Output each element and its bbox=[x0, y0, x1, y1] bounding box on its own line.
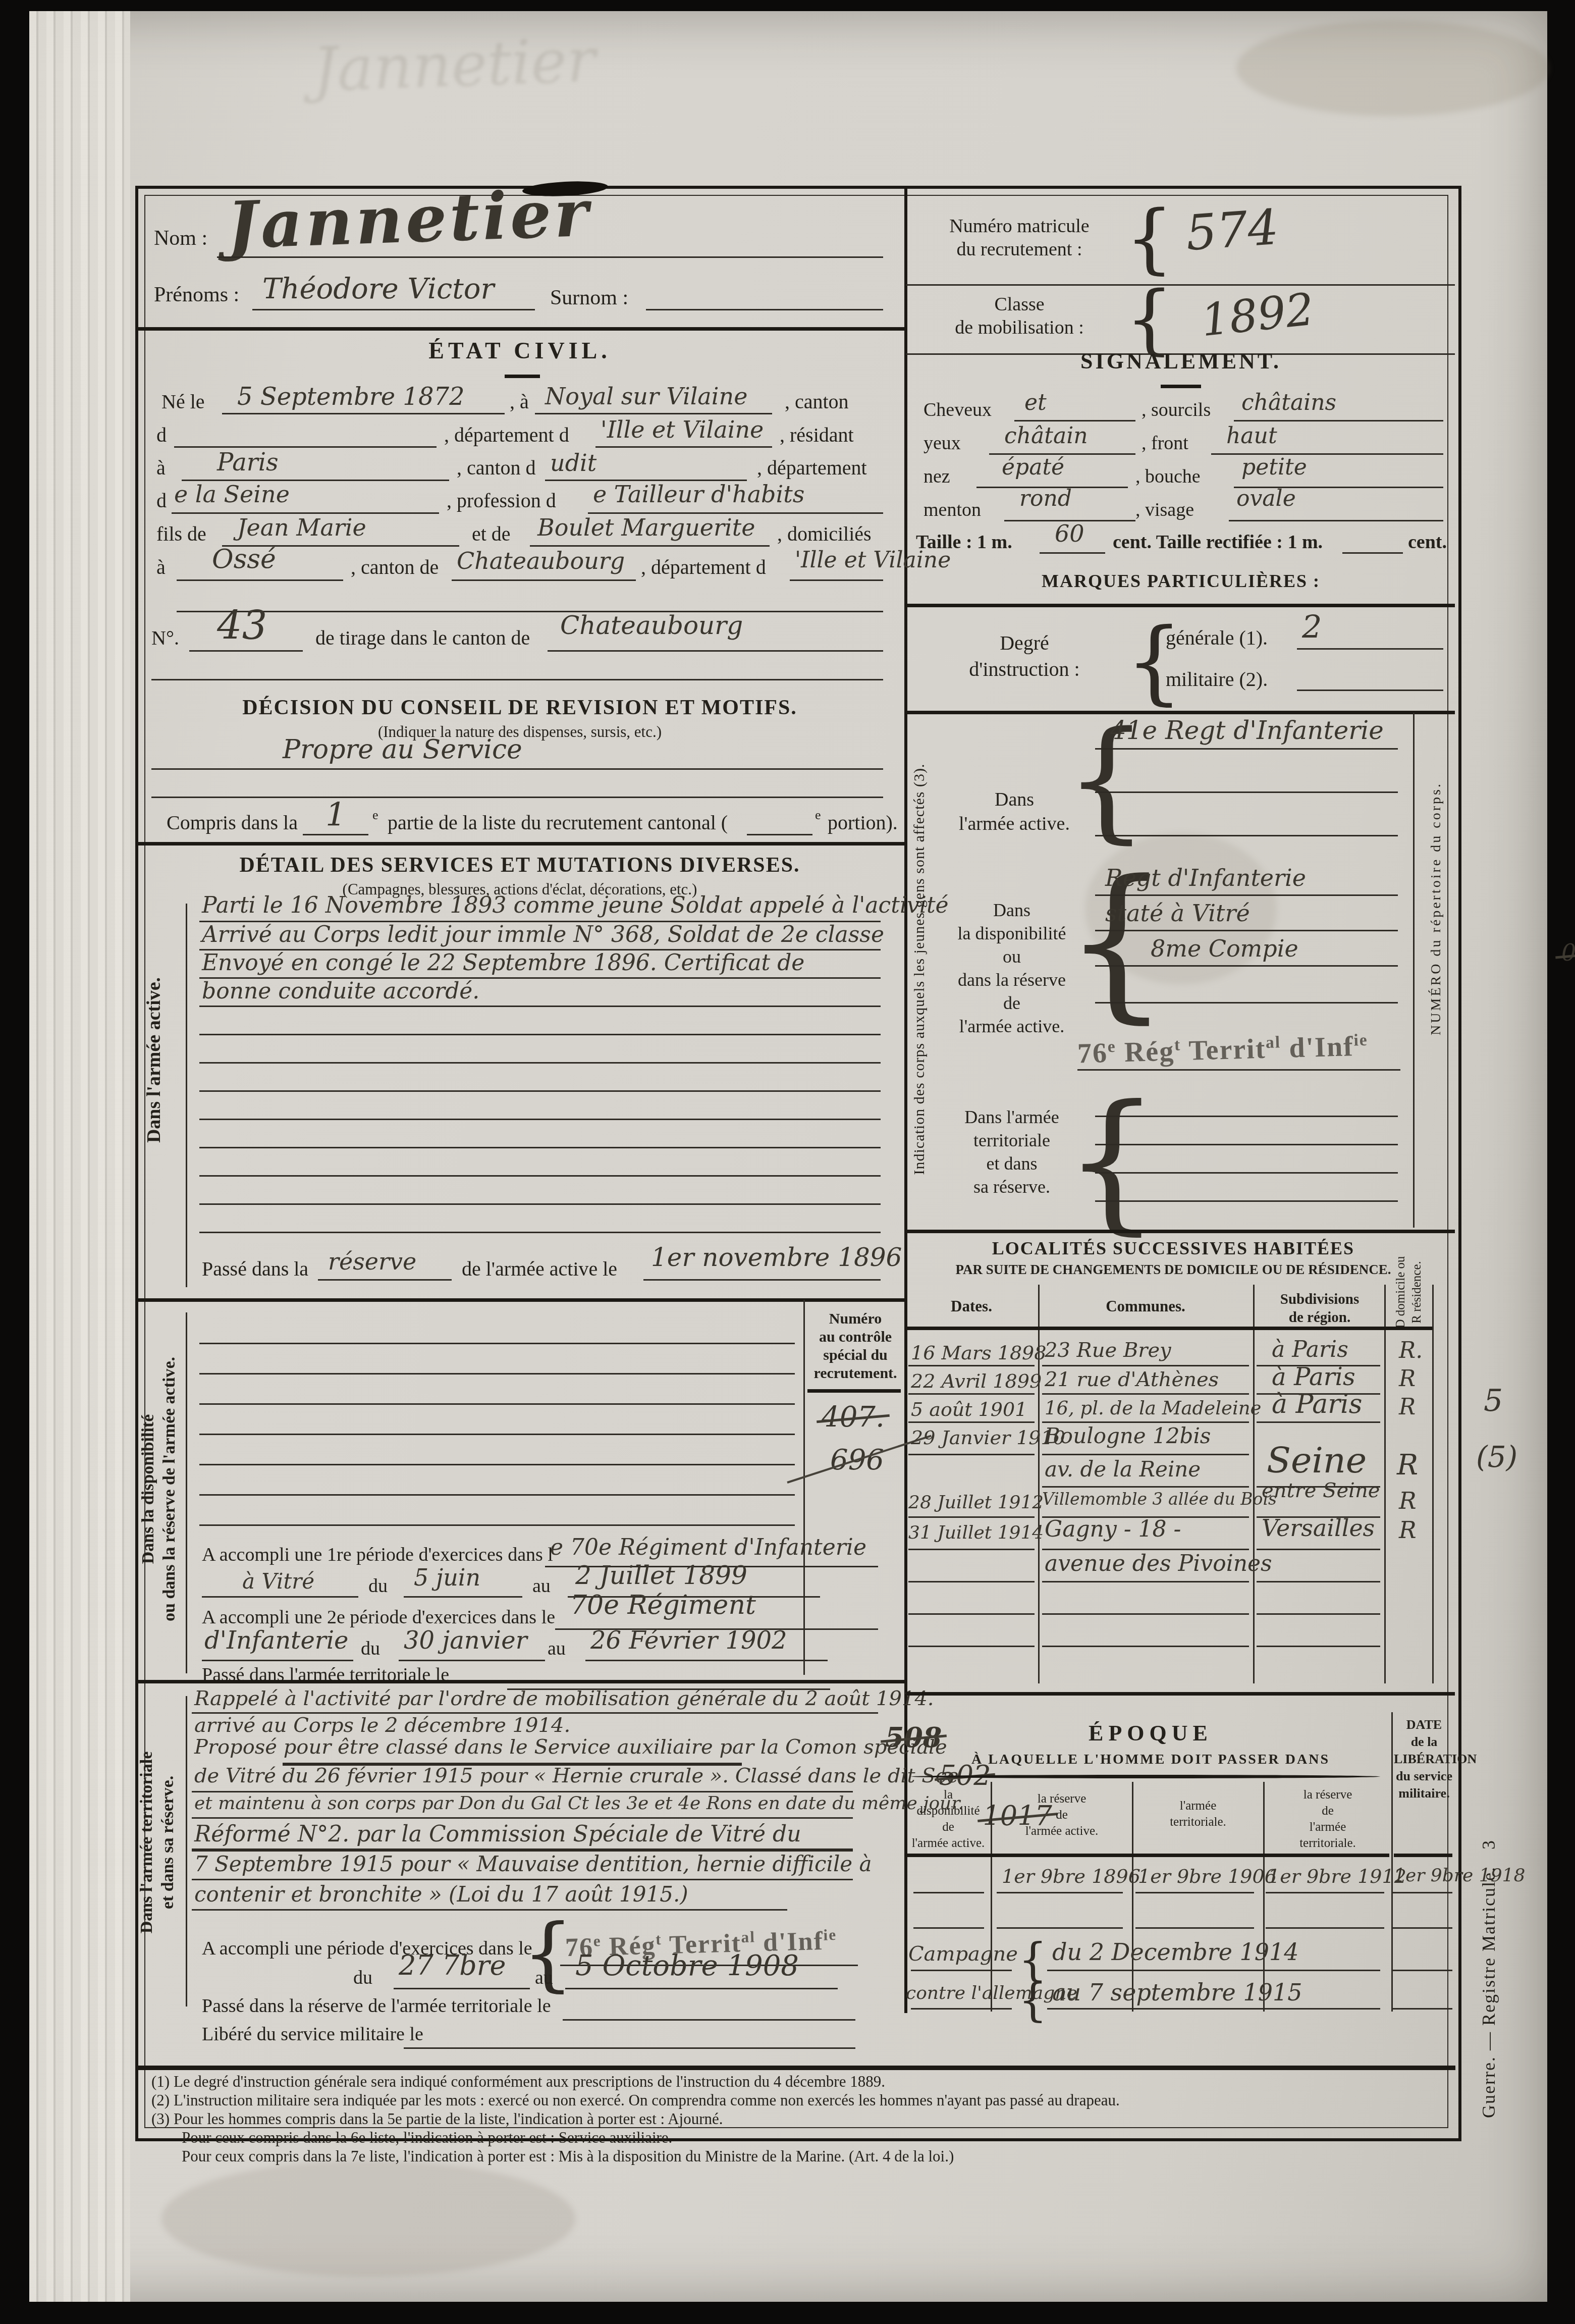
line bbox=[1047, 2008, 1380, 2010]
line bbox=[595, 446, 772, 448]
loc-dr-6: R bbox=[1399, 1516, 1417, 1544]
matricule-divider bbox=[906, 284, 1455, 286]
loc-commune-2: 16, pl. de la Madeleine bbox=[1045, 1397, 1261, 1419]
right-divider bbox=[906, 604, 1455, 607]
classe-label-1: Classe bbox=[924, 293, 1115, 316]
line bbox=[1229, 520, 1443, 521]
residant-label: , résidant bbox=[780, 423, 854, 447]
classe-label: Classe de mobilisation : bbox=[924, 293, 1115, 339]
controle-header: Numéro au contrôle spécial du recrutemen… bbox=[807, 1310, 903, 1383]
right-divider bbox=[906, 1692, 1455, 1696]
epoque-col4-header: la réserve de l'armée territoriale. bbox=[1266, 1787, 1390, 1852]
passe-reserve-label-1: Passé dans la bbox=[202, 1257, 308, 1281]
stamp-part: ie bbox=[823, 1926, 837, 1944]
stamp-part: e bbox=[1107, 1037, 1116, 1056]
periode1-label: A accompli une 1re période d'exercices d… bbox=[202, 1544, 553, 1566]
margin-note-5: 5 bbox=[1484, 1383, 1503, 1418]
birth-place-value: Noyal sur Vilaine bbox=[545, 383, 747, 410]
departement-label: , département d bbox=[444, 423, 569, 447]
line bbox=[565, 1988, 838, 1989]
loc-subdiv-2: à Paris bbox=[1272, 1389, 1362, 1419]
line bbox=[908, 1365, 1035, 1366]
terr-hw-4: de Vitré du 26 février 1915 pour « Herni… bbox=[194, 1764, 959, 1787]
instruction-generale-label: générale (1). bbox=[1166, 626, 1268, 650]
blank-line bbox=[1393, 1927, 1452, 1929]
epoque-value-territoriale: 1er 9bre 1906 bbox=[1138, 1865, 1277, 1887]
services-line-3: Envoyé en congé le 22 Septembre 1896. Ce… bbox=[202, 950, 804, 976]
terr-crossed-1: 508 bbox=[885, 1721, 942, 1754]
instruction-militaire-label: militaire (2). bbox=[1166, 667, 1268, 691]
corps-terr-brace: { bbox=[1064, 1085, 1160, 1237]
tirage-canton-value: Chateaubourg bbox=[560, 611, 743, 640]
loc-date-1: 22 Avril 1899 bbox=[911, 1370, 1042, 1392]
canton-label: , canton bbox=[785, 390, 849, 413]
section-divider bbox=[138, 1298, 904, 1302]
menton-value: rond bbox=[1019, 486, 1072, 511]
line bbox=[202, 1596, 358, 1598]
terr-hw-6: Réformé N°2. par la Commission Spéciale … bbox=[194, 1821, 801, 1847]
guerre-num: 3 bbox=[1479, 1839, 1499, 1850]
line bbox=[192, 1791, 853, 1792]
instruction-label: Degré d'instruction : bbox=[934, 630, 1115, 682]
line bbox=[1077, 1069, 1400, 1071]
stamp-part: t bbox=[656, 1930, 662, 1948]
line bbox=[1135, 1892, 1254, 1893]
blank-line bbox=[199, 1524, 795, 1526]
prenoms-label: Prénoms : bbox=[154, 283, 239, 307]
departement-value: 'Ille et Vilaine bbox=[601, 416, 764, 443]
stamp-part: Territ bbox=[1188, 1033, 1267, 1067]
loc-dr-5: R bbox=[1399, 1487, 1417, 1514]
corps-dispo-value-3: 8me Compie bbox=[1151, 935, 1298, 962]
epoque-title: ÉPOQUE bbox=[959, 1720, 1342, 1746]
residence-value: Paris bbox=[217, 448, 279, 477]
matricule-value: 574 bbox=[1184, 199, 1280, 262]
domicile-dept-label: , département d bbox=[641, 555, 766, 579]
footnote-rule bbox=[138, 2066, 1455, 2070]
periode1-regiment: e 70e Régiment d'Infanterie bbox=[550, 1535, 866, 1560]
epoque-col-rule-2 bbox=[1132, 1782, 1133, 2012]
signalement-dash bbox=[1161, 385, 1201, 388]
line bbox=[535, 413, 772, 414]
blank-line bbox=[199, 1147, 881, 1148]
line bbox=[908, 1421, 1035, 1423]
controle-header-rule bbox=[807, 1389, 901, 1393]
localites-title: LOCALITÉS SUCCESSIVES HABITÉES bbox=[934, 1238, 1413, 1259]
terr-hw-8: contenir et bronchite » (Loi du 17 août … bbox=[194, 1882, 688, 1907]
blank-line bbox=[199, 1175, 881, 1177]
loc-date-6: 31 Juillet 1914 bbox=[908, 1522, 1044, 1543]
line bbox=[151, 768, 883, 770]
margin-note-5p: (5) bbox=[1476, 1440, 1517, 1474]
campagne-label-2: contre l'allemagne bbox=[906, 1983, 1077, 2003]
classe-label-2: de mobilisation : bbox=[924, 316, 1115, 339]
periode2-date-debut: 30 janvier bbox=[404, 1626, 527, 1655]
blank-line bbox=[151, 797, 883, 798]
blank-line bbox=[1257, 1613, 1380, 1615]
nom-label: Nom : bbox=[154, 226, 207, 250]
domicile-a-label: à bbox=[156, 555, 166, 579]
line bbox=[192, 1909, 787, 1911]
blank-line bbox=[1257, 1646, 1380, 1647]
birth-date-value: 5 Septembre 1872 bbox=[237, 383, 465, 411]
line bbox=[997, 1892, 1123, 1893]
localites-subtitle: PAR SUITE DE CHANGEMENTS DE DOMICILE OU … bbox=[934, 1262, 1413, 1278]
blank-line bbox=[1257, 1581, 1380, 1582]
footnote-4: Pour ceux compris dans la 6e liste, l'in… bbox=[182, 2129, 1443, 2147]
loc-subdiv-0: à Paris bbox=[1272, 1337, 1348, 1362]
nom-value: Jannetier bbox=[226, 175, 592, 263]
localites-header-rule bbox=[907, 1327, 1432, 1330]
stamp-part: Rég bbox=[1124, 1036, 1175, 1069]
fils-de-label: fils de bbox=[156, 522, 206, 546]
nez-value: épaté bbox=[1002, 454, 1064, 480]
line bbox=[177, 579, 343, 581]
line bbox=[747, 834, 812, 835]
loc-commune-1: 21 rue d'Athènes bbox=[1045, 1368, 1219, 1391]
corps-dispo-crossed: 01883 bbox=[1561, 939, 1575, 966]
localites-col-rule-3 bbox=[1384, 1285, 1386, 1683]
guerre-text: Guerre. — Registre Matricule. bbox=[1479, 1866, 1499, 2118]
line bbox=[202, 1660, 353, 1661]
line bbox=[1393, 1892, 1452, 1893]
stamp-part: ie bbox=[1353, 1031, 1368, 1050]
et-de-label: et de bbox=[472, 522, 511, 546]
section-divider bbox=[138, 842, 904, 846]
localites-col-subdiv: Subdivisions de région. bbox=[1257, 1290, 1383, 1327]
terr-du-value: 27 7bre bbox=[399, 1949, 506, 1981]
domicile-canton-label: , canton de bbox=[351, 555, 439, 579]
loc-subdiv-5: entre Seine bbox=[1262, 1479, 1380, 1502]
line bbox=[222, 413, 505, 414]
departement-residence-value: e la Seine bbox=[174, 481, 290, 508]
header-bottom-line bbox=[138, 327, 904, 331]
ne-le-label: Né le bbox=[161, 390, 205, 413]
blank-line bbox=[1135, 1927, 1254, 1929]
compris-value: 1 bbox=[325, 797, 346, 834]
domicile-canton-value: Chateaubourg bbox=[457, 547, 625, 574]
passe-reserve-terr: Passé dans la réserve de l'armée territo… bbox=[202, 1995, 551, 2017]
campagne-value-2: au 7 septembre 1915 bbox=[1052, 1979, 1302, 2006]
loc-dr-4: R bbox=[1397, 1449, 1418, 1482]
blank-line bbox=[199, 1062, 881, 1064]
line bbox=[404, 2047, 855, 2049]
sourcils-value: châtains bbox=[1241, 390, 1336, 415]
epoque-date-header-rule bbox=[1394, 1854, 1452, 1857]
blank-line bbox=[1042, 1613, 1249, 1615]
localites-col-rule-4 bbox=[1432, 1285, 1434, 1683]
terr-hw-1: Rappelé à l'activité par l'ordre de mobi… bbox=[194, 1687, 934, 1710]
blank-line bbox=[199, 1232, 881, 1233]
compris-label-2: partie de la liste du recrutement canton… bbox=[388, 811, 728, 834]
right-divider bbox=[906, 1230, 1455, 1233]
blank-line bbox=[199, 1203, 881, 1205]
blank-line bbox=[1393, 2008, 1452, 2010]
profession-value: e Tailleur d'habits bbox=[593, 481, 804, 508]
loc-dr-2: R bbox=[1399, 1394, 1416, 1420]
line bbox=[908, 1393, 1035, 1395]
prenoms-line bbox=[252, 309, 535, 310]
periode2-du: du bbox=[361, 1638, 380, 1660]
line bbox=[1095, 930, 1398, 931]
matricule-brace: { bbox=[1125, 201, 1173, 277]
signalement-title: SIGNALEMENT. bbox=[959, 348, 1403, 374]
corps-active-value: 41e Regt d'Infanterie bbox=[1110, 716, 1384, 745]
etat-civil-title: ÉTAT CIVIL. bbox=[303, 337, 737, 364]
blank-line bbox=[911, 1970, 1012, 1971]
loc-commune-3: Boulogne 12bis bbox=[1045, 1423, 1211, 1448]
terr-du-label: du bbox=[353, 1967, 372, 1989]
epoque-col-rule-1 bbox=[991, 1782, 992, 2012]
blank-line bbox=[1095, 835, 1398, 836]
services-line-2: Arrivé au Corps ledit jour immle N° 368,… bbox=[202, 922, 884, 947]
blank-line bbox=[199, 1343, 795, 1344]
margin-rule bbox=[186, 1312, 187, 1673]
line bbox=[643, 1279, 881, 1281]
line bbox=[192, 1817, 853, 1819]
canton2-label: , canton d bbox=[457, 456, 536, 480]
classe-brace: { bbox=[1125, 282, 1173, 357]
right-divider bbox=[906, 711, 1455, 714]
blank-line bbox=[199, 1373, 795, 1375]
line bbox=[908, 1454, 1035, 1455]
epoque-col1-header: la disponibilité de l'armée active. bbox=[907, 1787, 989, 1852]
epoque-col-rule-3 bbox=[1263, 1782, 1265, 2012]
matricule-label: Numéro matricule du recrutement : bbox=[924, 215, 1115, 261]
blank-line bbox=[199, 1403, 795, 1405]
stain bbox=[1236, 20, 1549, 116]
epoque-col3-header: l'armée territoriale. bbox=[1134, 1798, 1262, 1830]
terr-hw-3: Proposé pour être classé dans le Service… bbox=[194, 1735, 947, 1759]
line bbox=[1042, 1365, 1249, 1366]
blank-line bbox=[199, 1119, 881, 1120]
passe-reserve-value-1: réserve bbox=[328, 1248, 416, 1275]
domicilies-label: , domiciliés bbox=[777, 522, 872, 546]
loc-date-2: 5 août 1901 bbox=[911, 1398, 1027, 1420]
d-label: d bbox=[156, 423, 167, 447]
line bbox=[1095, 965, 1398, 967]
instruction-label-1: Degré bbox=[934, 630, 1115, 656]
stamp-part: al bbox=[1266, 1033, 1281, 1052]
epoque-col2-header: la réserve de l'armée active. bbox=[993, 1791, 1130, 1839]
ink-bleed-ghost: Jannetier bbox=[312, 25, 597, 105]
line bbox=[404, 1596, 522, 1598]
line bbox=[318, 1279, 452, 1281]
line bbox=[1297, 648, 1443, 650]
epoque-col-rule-4 bbox=[1391, 1712, 1393, 2012]
blank-line bbox=[1266, 1927, 1384, 1929]
epoque-accolade bbox=[911, 1775, 1380, 1778]
epoque-date-header: DATE de la LIBÉRATION du service militai… bbox=[1394, 1716, 1454, 1802]
father-name: Jean Marie bbox=[237, 514, 366, 541]
epoque-value-liberation: 1er 9bre 1918 bbox=[1394, 1865, 1525, 1886]
footnote-5: Pour ceux compris dans la 7e liste, l'in… bbox=[182, 2147, 1443, 2165]
margin-label-armee-active: Dans l'armée active. bbox=[143, 977, 165, 1143]
departement2-label: , département bbox=[757, 456, 867, 480]
blank-line bbox=[1095, 1002, 1398, 1003]
taille-cent-label: cent. bbox=[1408, 531, 1447, 553]
blank-line bbox=[997, 1927, 1123, 1929]
margin-label-disponibilite: Dans la disponibilité ou dans la réserve… bbox=[138, 1312, 180, 1666]
matricule-label-2: du recrutement : bbox=[924, 238, 1115, 261]
periode1-au: au bbox=[532, 1575, 551, 1597]
margin-rule bbox=[186, 904, 187, 1287]
periode1-du: du bbox=[368, 1575, 388, 1597]
blank-line bbox=[913, 1927, 984, 1929]
line bbox=[394, 1988, 530, 1989]
blank-line bbox=[911, 2008, 1012, 2010]
blank-line bbox=[908, 1646, 1035, 1647]
stamp-part: 76 bbox=[1077, 1037, 1108, 1070]
bouche-label: , bouche bbox=[1135, 465, 1201, 488]
corps-numero-col-rule bbox=[1413, 713, 1415, 1228]
localites-col-rule-2 bbox=[1253, 1285, 1255, 1683]
loc-date-5: 28 Juillet 1912 bbox=[908, 1492, 1044, 1513]
line bbox=[908, 1516, 1035, 1518]
line bbox=[192, 1879, 853, 1880]
margin-rule bbox=[186, 1696, 187, 2006]
line bbox=[530, 545, 770, 547]
terr-au-label: au bbox=[535, 1967, 553, 1989]
loc-commune-0: 23 Rue Brey bbox=[1045, 1339, 1171, 1362]
menton-label: menton bbox=[924, 499, 981, 521]
etat-civil-dash bbox=[505, 375, 540, 378]
line bbox=[199, 1006, 881, 1007]
mother-name: Boulet Marguerite bbox=[537, 514, 755, 541]
marques-label: MARQUES PARTICULIÈRES : bbox=[959, 570, 1403, 592]
blank-line bbox=[1095, 1172, 1398, 1174]
line bbox=[1042, 1421, 1249, 1423]
loc-subdiv-6: Versailles bbox=[1262, 1514, 1375, 1542]
periode1-date-fin: 2 Juillet 1899 bbox=[575, 1561, 747, 1590]
canton2-value: udit bbox=[550, 449, 596, 477]
bouche-value: petite bbox=[1241, 454, 1307, 480]
line bbox=[548, 650, 883, 652]
section-divider bbox=[138, 1680, 904, 1683]
footnote-2: (2) L'instruction militaire sera indiqué… bbox=[151, 2091, 1443, 2109]
epoque-header-rule bbox=[907, 1854, 1389, 1857]
loc-commune-6: Gagny - 18 - bbox=[1045, 1516, 1181, 1542]
loc-commune-5: Villemomble 3 allée du Bois bbox=[1042, 1489, 1277, 1509]
blank-line bbox=[908, 1581, 1035, 1582]
localites-col-dates: Dates. bbox=[908, 1297, 1035, 1315]
domicile-value: Ossé bbox=[212, 544, 276, 574]
line bbox=[452, 579, 636, 581]
loc-dr-0: R. bbox=[1399, 1338, 1423, 1363]
line bbox=[303, 834, 368, 835]
loc-subdiv-4: Seine bbox=[1267, 1440, 1367, 1481]
blank-line bbox=[1393, 1970, 1452, 1971]
margin-label-territoriale: Dans l'armée territoriale et dans sa rés… bbox=[136, 1686, 179, 1999]
line bbox=[1042, 1393, 1249, 1395]
blank-line bbox=[199, 1494, 795, 1496]
loc-dr-1: R bbox=[1399, 1366, 1416, 1392]
line bbox=[174, 446, 437, 448]
line bbox=[1266, 1892, 1384, 1893]
blank-line bbox=[1095, 1200, 1398, 1202]
residence-a-label: à bbox=[156, 456, 166, 480]
line bbox=[1257, 1421, 1380, 1423]
terr-hw-2: arrivé au Corps le 2 décembre 1914. bbox=[194, 1714, 570, 1737]
taille-rectifiee-label: cent. Taille rectifiée : 1 m. bbox=[1113, 531, 1323, 553]
front-value: haut bbox=[1226, 423, 1277, 449]
surnom-label: Surnom : bbox=[550, 286, 628, 310]
instruction-generale-value: 2 bbox=[1302, 608, 1322, 645]
passe-reserve-label-2: de l'armée active le bbox=[462, 1257, 617, 1281]
line bbox=[1042, 1581, 1249, 1582]
terr-hw-7: 7 Septembre 1915 pour « Mauvaise dentiti… bbox=[194, 1852, 872, 1876]
blank-line bbox=[1095, 1116, 1398, 1117]
blank-line bbox=[199, 1034, 881, 1035]
loc-commune-7: avenue des Pivoines bbox=[1045, 1551, 1272, 1576]
nom-line bbox=[217, 256, 883, 258]
blank-line bbox=[1095, 791, 1398, 793]
stamp-part: d'Inf bbox=[1289, 1031, 1354, 1064]
line bbox=[1042, 1486, 1249, 1488]
services-title: DÉTAIL DES SERVICES ET MUTATIONS DIVERSE… bbox=[167, 853, 873, 877]
corps-caption-vertical: Indication des corps auxquels les jeunes… bbox=[911, 764, 928, 1175]
cheveux-value: et bbox=[1024, 390, 1047, 415]
profession-label: , profession d bbox=[447, 489, 556, 512]
book-page-stack-edge bbox=[29, 11, 130, 2302]
compris-sup: e bbox=[372, 808, 378, 823]
matricule-label-1: Numéro matricule bbox=[924, 215, 1115, 238]
blank-line bbox=[199, 1090, 881, 1092]
loc-commune-4: av. de la Reine bbox=[1045, 1457, 1201, 1482]
stain bbox=[161, 2160, 575, 2277]
line bbox=[1042, 1454, 1249, 1455]
blank-line bbox=[177, 611, 883, 612]
controle-crossed-407: 407. bbox=[822, 1401, 885, 1434]
stamp-part: al bbox=[741, 1928, 755, 1946]
periode1-lieu: à Vitré bbox=[242, 1569, 314, 1594]
blank-line bbox=[199, 1464, 795, 1465]
cheveux-label: Cheveux bbox=[924, 399, 992, 421]
portion-sup: e bbox=[815, 808, 821, 823]
epoque-value-reserve-active: 1er 9bre 1896 bbox=[1002, 1865, 1140, 1887]
compris-label-3: portion). bbox=[828, 811, 898, 834]
loc-subdiv-1: à Paris bbox=[1272, 1363, 1355, 1391]
taille-label: Taille : 1 m. bbox=[916, 531, 1012, 553]
taille-value: 60 bbox=[1055, 520, 1084, 547]
line bbox=[1234, 420, 1443, 421]
libere-label: Libéré du service militaire le bbox=[202, 2023, 423, 2045]
guerre-registre-vertical: Guerre. — Registre Matricule. 3 bbox=[1478, 1839, 1499, 2118]
periode2-label: A accompli une 2e période d'exercices da… bbox=[202, 1606, 555, 1628]
line bbox=[1042, 1549, 1249, 1550]
surnom-line bbox=[646, 309, 883, 310]
stamp-part: t bbox=[1174, 1036, 1181, 1054]
line bbox=[563, 2019, 855, 2021]
tirage-text: de tirage dans le canton de bbox=[315, 626, 530, 650]
epoque-subtitle: À LAQUELLE L'HOMME DOIT PASSER DANS bbox=[924, 1752, 1378, 1768]
conseil-title: DÉCISION DU CONSEIL DE REVISION ET MOTIF… bbox=[167, 696, 873, 720]
corps-active-label: Dans l'armée active. bbox=[944, 787, 1085, 836]
tirage-no-value: 43 bbox=[217, 603, 267, 649]
footnote-3: (3) Pour les hommes compris dans la 5e p… bbox=[151, 2110, 1443, 2128]
compris-label: Compris dans la bbox=[167, 811, 298, 834]
line bbox=[1040, 552, 1105, 554]
de-label: d bbox=[156, 489, 167, 512]
controle-box-left bbox=[803, 1300, 805, 1675]
tirage-no-label: N°. bbox=[151, 626, 179, 650]
periode2-au: au bbox=[548, 1638, 566, 1660]
line bbox=[908, 1549, 1035, 1550]
loc-date-0: 16 Mars 1898 bbox=[911, 1342, 1046, 1364]
loc-date-3: 29 Janvier 1910 bbox=[911, 1427, 1065, 1449]
visage-label: , visage bbox=[1135, 499, 1194, 521]
line bbox=[399, 1660, 545, 1661]
